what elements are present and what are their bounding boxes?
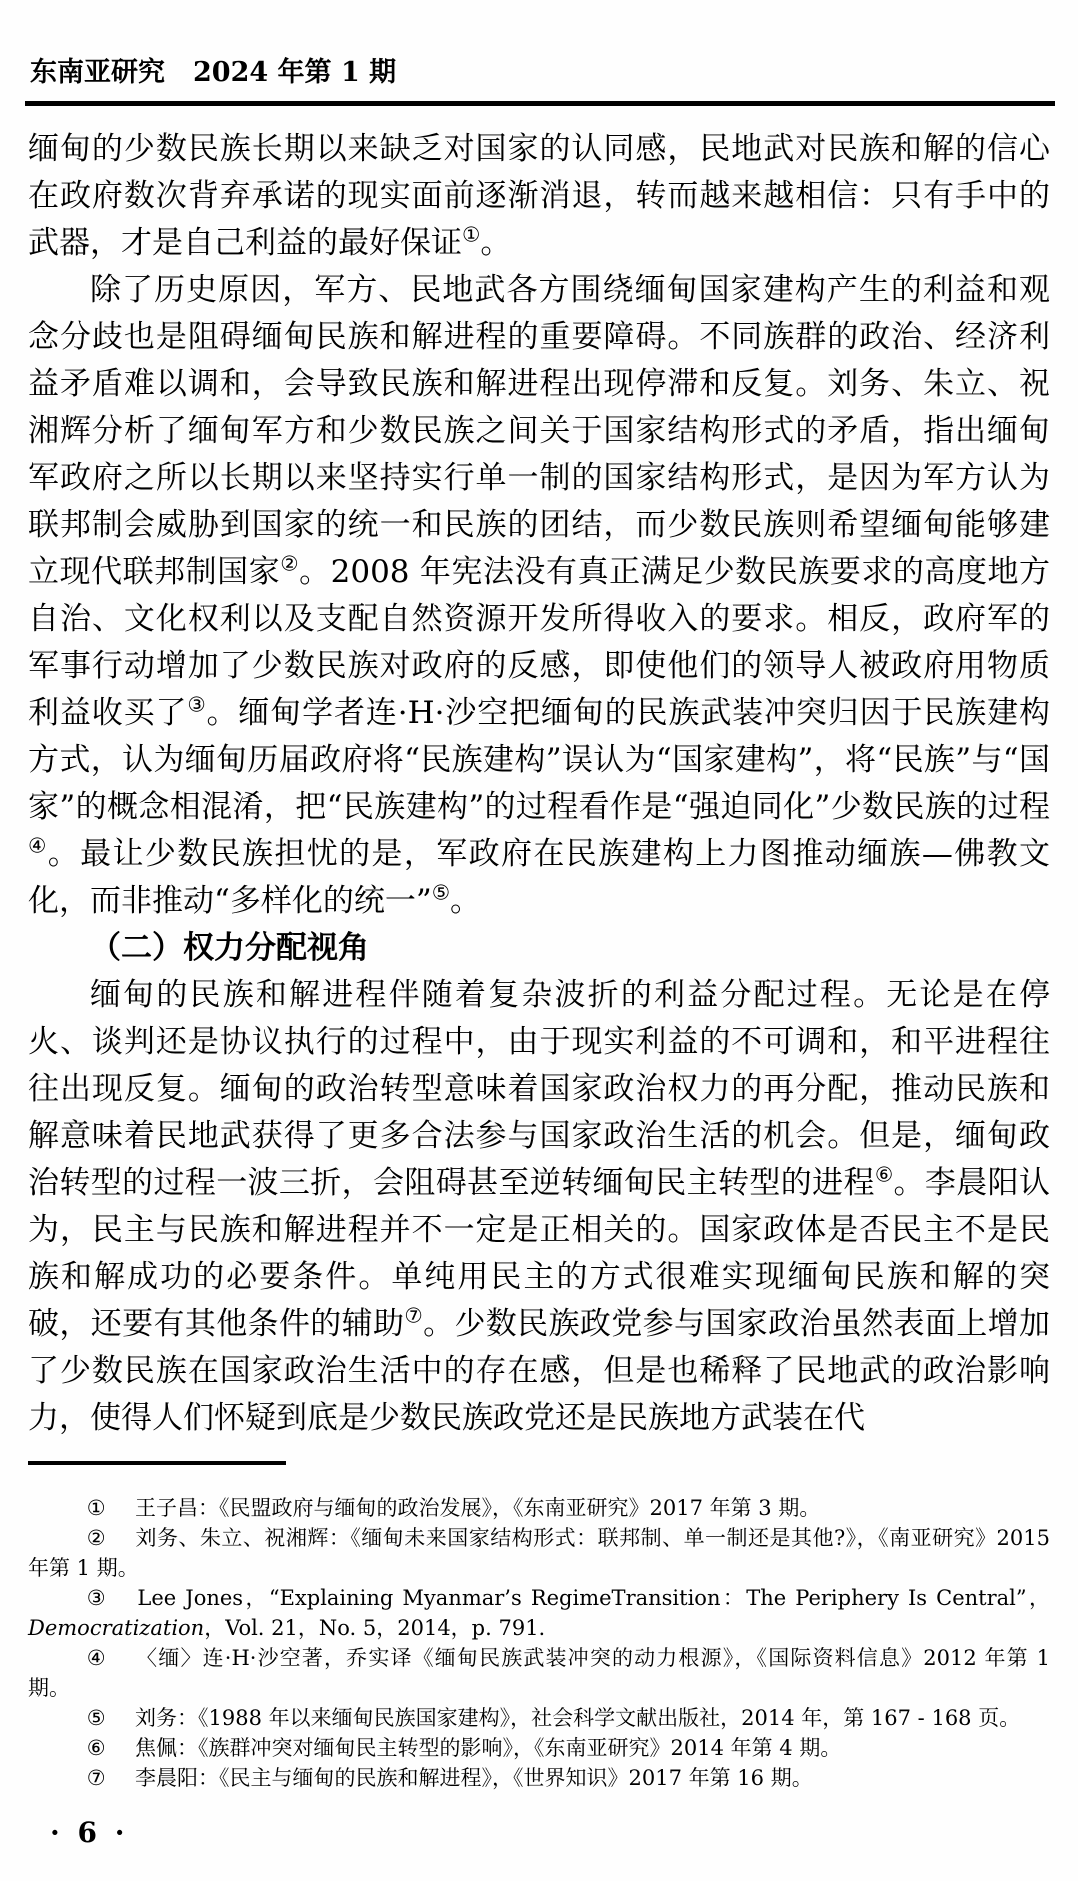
text-run: 。 <box>480 225 511 261</box>
text-run: 缅甸的少数民族长期以来缺乏对国家的认同感，民地武对民族和解的信心在政府数次背弃承… <box>28 131 1050 261</box>
text-run: 李晨阳：《民主与缅甸的民族和解进程》，《世界知识》2017 年第 16 期。 <box>135 1766 813 1790</box>
footnote-separator <box>28 1461 286 1465</box>
footnote-item: ⑥焦佩：《族群冲突对缅甸民主转型的影响》，《东南亚研究》2014 年第 4 期。 <box>28 1733 1050 1763</box>
text-run: 。最让少数民族担忧的是，军政府在民族建构上力图推动缅族—佛教文化，而非推动“多样… <box>28 836 1050 919</box>
text-run: 刘务、朱立、祝湘辉：《缅甸未来国家结构形式：联邦制、单一制还是其他?》，《南亚研… <box>28 1526 1050 1580</box>
footnote-item: ②刘务、朱立、祝湘辉：《缅甸未来国家结构形式：联邦制、单一制还是其他?》，《南亚… <box>28 1523 1050 1583</box>
body-paragraph: 除了历史原因，军方、民地武各方围绕缅甸国家建构产生的利益和观念分歧也是阻碍缅甸民… <box>28 267 1050 925</box>
text-run: 焦佩：《族群冲突对缅甸民主转型的影响》，《东南亚研究》2014 年第 4 期。 <box>135 1736 841 1760</box>
text-run: ，Vol. 21，No. 5，2014，p. 791. <box>204 1616 545 1640</box>
page-header: 东南亚研究2024 年第 1 期 <box>0 0 1078 89</box>
text-run: 除了历史原因，军方、民地武各方围绕缅甸国家建构产生的利益和观念分歧也是阻碍缅甸民… <box>28 272 1050 590</box>
text-run: 刘务：《1988 年以来缅甸民族国家建构》，社会科学文献出版社，2014 年，第… <box>135 1706 1020 1730</box>
article-body: 缅甸的少数民族长期以来缺乏对国家的认同感，民地武对民族和解的信心在政府数次背弃承… <box>28 126 1050 1442</box>
text-run: Democratization <box>28 1616 204 1640</box>
footnote-item: ⑤刘务：《1988 年以来缅甸民族国家建构》，社会科学文献出版社，2014 年，… <box>28 1703 1050 1733</box>
footnotes-section: ①王子昌：《民盟政府与缅甸的政治发展》，《东南亚研究》2017 年第 3 期。②… <box>28 1461 1050 1793</box>
footnote-item: ⑦李晨阳：《民主与缅甸的民族和解进程》，《世界知识》2017 年第 16 期。 <box>28 1763 1050 1793</box>
footnote-ref: ② <box>280 552 299 576</box>
footnote-item: ①王子昌：《民盟政府与缅甸的政治发展》，《东南亚研究》2017 年第 3 期。 <box>28 1493 1050 1523</box>
footnote-marker: ⑦ <box>87 1766 106 1790</box>
issue-label: 2024 年第 1 期 <box>193 57 396 88</box>
footnote-list: ①王子昌：《民盟政府与缅甸的政治发展》，《东南亚研究》2017 年第 3 期。②… <box>28 1493 1050 1793</box>
body-paragraph: 缅甸的民族和解进程伴随着复杂波折的利益分配过程。无论是在停火、谈判还是协议执行的… <box>28 972 1050 1442</box>
text-run: Lee Jones，“Explaining Myanmar’s RegimeTr… <box>137 1586 1050 1610</box>
footnote-marker: ⑤ <box>87 1706 106 1730</box>
text-run: （二）权力分配视角 <box>90 930 369 966</box>
footnote-ref: ⑤ <box>432 881 450 905</box>
text-run: 。 <box>450 883 481 919</box>
footnote-item: ④〈缅〉连·H·沙空著，乔实译《缅甸民族武装冲突的动力根源》，《国际资料信息》2… <box>28 1643 1050 1703</box>
section-heading: （二）权力分配视角 <box>28 925 1050 972</box>
footnote-item: ③Lee Jones，“Explaining Myanmar’s RegimeT… <box>28 1583 1050 1643</box>
footnote-ref: ⑥ <box>875 1163 894 1187</box>
footnote-ref: ③ <box>187 693 206 717</box>
journal-page: 东南亚研究2024 年第 1 期 缅甸的少数民族长期以来缺乏对国家的认同感，民地… <box>0 0 1078 1881</box>
text-run: 〈缅〉连·H·沙空著，乔实译《缅甸民族武装冲突的动力根源》，《国际资料信息》20… <box>28 1646 1050 1700</box>
footnote-ref: ① <box>462 223 480 247</box>
footnote-ref: ⑦ <box>404 1304 423 1328</box>
text-run: 王子昌：《民盟政府与缅甸的政治发展》，《东南亚研究》2017 年第 3 期。 <box>135 1496 820 1520</box>
journal-title: 东南亚研究 <box>30 57 165 88</box>
footnote-marker: ⑥ <box>87 1736 106 1760</box>
page-number: · 6 · <box>50 1816 128 1849</box>
body-paragraph: 缅甸的少数民族长期以来缺乏对国家的认同感，民地武对民族和解的信心在政府数次背弃承… <box>28 126 1050 267</box>
footnote-ref: ④ <box>28 834 48 858</box>
footnote-marker: ① <box>87 1496 106 1520</box>
header-rule <box>25 101 1055 106</box>
page-footer: · 6 · <box>50 1816 128 1849</box>
footnote-marker: ④ <box>87 1646 107 1670</box>
footnote-marker: ② <box>87 1526 106 1550</box>
footnote-marker: ③ <box>87 1586 108 1610</box>
